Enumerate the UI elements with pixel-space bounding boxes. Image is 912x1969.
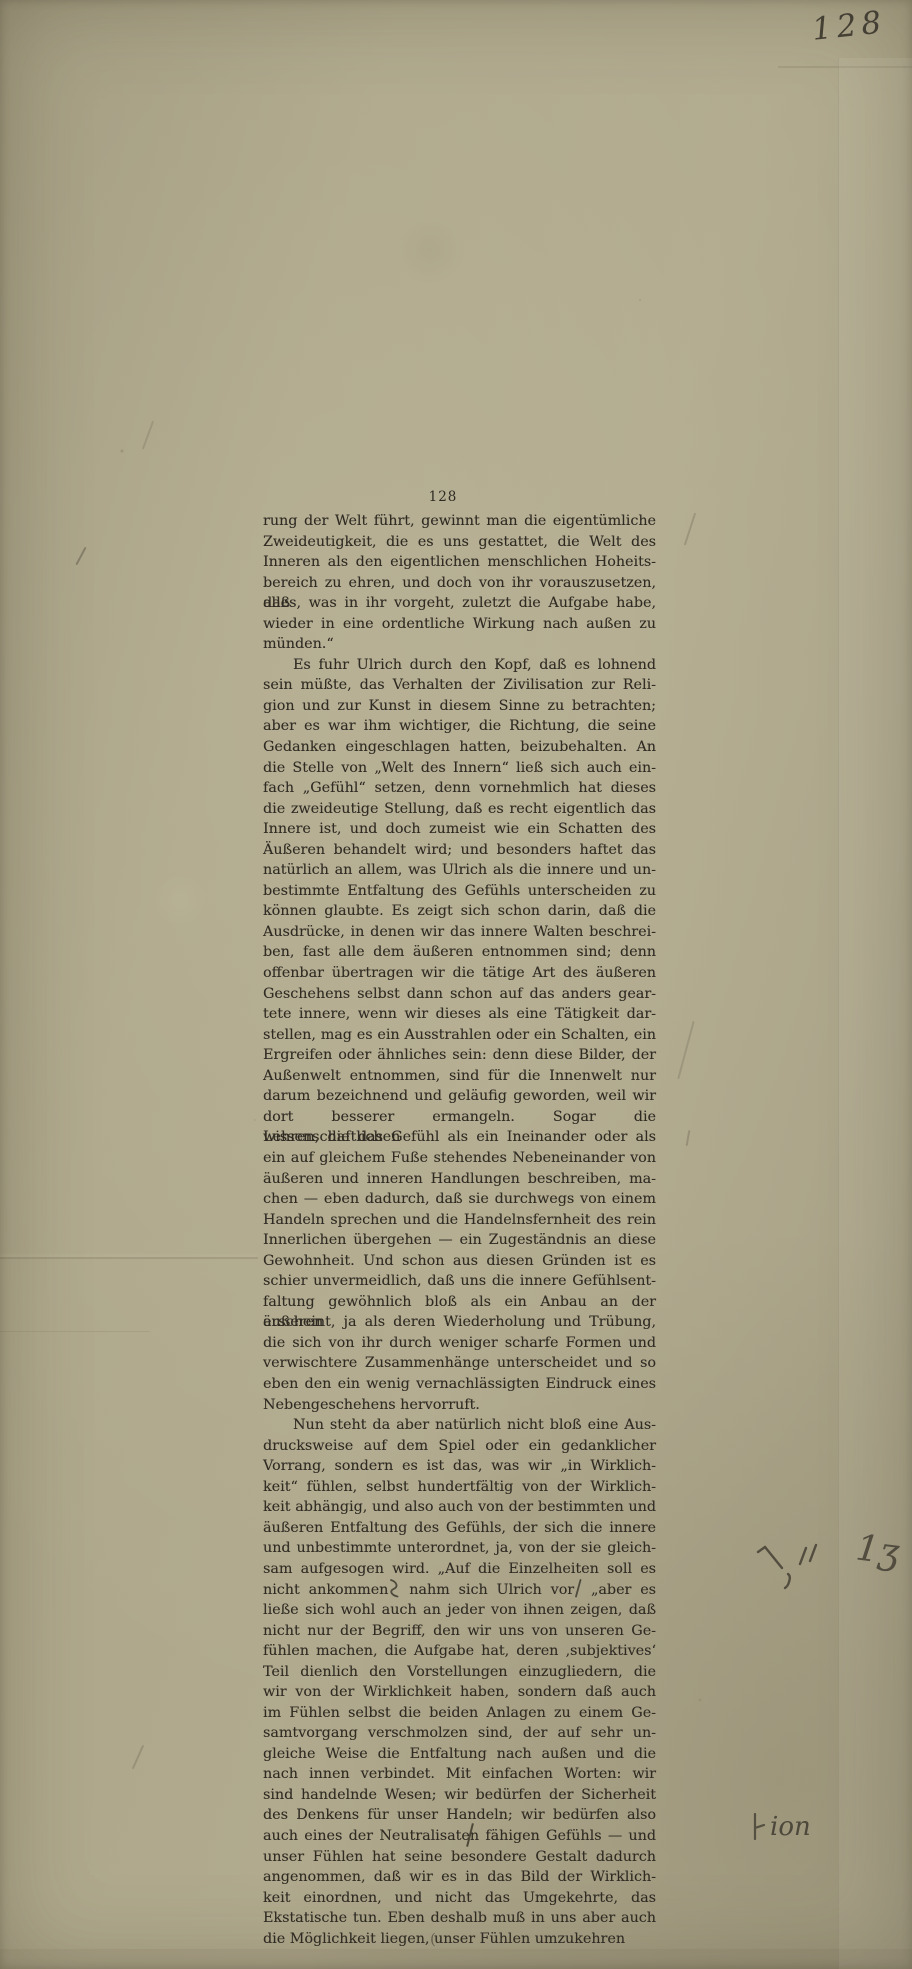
text-line: offenbar übertragen wir die tätige Art d… [263, 963, 656, 984]
pencil-mark [684, 513, 696, 546]
text-line: Inneren als den eigentlichen menschliche… [263, 552, 656, 573]
vertical-fold [838, 58, 912, 1969]
text-line: alles, was in ihr vorgeht, zuletzt die A… [263, 593, 656, 614]
text-line: faltung gewöhnlich bloß als ein Anbau an… [263, 1292, 656, 1313]
text-line: ben, fast alle dem äußeren entnommen sin… [263, 942, 656, 963]
bottom-paren-mark: ( [430, 1930, 436, 1948]
handwritten-squiggle-mark [388, 1582, 400, 1598]
text-line: Äußeren behandelt wird; und besonders ha… [263, 840, 656, 861]
text-line: Innerlichen übergehen — ein Zugeständnis… [263, 1230, 656, 1251]
text-line: des Denkens für unser Handeln; wir bedür… [263, 1805, 656, 1826]
margin-insert-quote-comma-mark [750, 1538, 842, 1620]
text-line: dort besserer ermangeln. Sogar die wisse… [263, 1107, 656, 1128]
text-line: schier unvermeidlich, daß uns die innere… [263, 1271, 656, 1292]
margin-number-mark: 1ʒ [854, 1528, 902, 1574]
text-line: keit einordnen, und nicht das Umgekehrte… [263, 1888, 656, 1909]
text-line: samtvorgang verschmolzen sind, der auf s… [263, 1723, 656, 1744]
overstruck-text: en [461, 1828, 479, 1844]
bottom-edge-shadow [0, 1949, 912, 1969]
text-line: gion und zur Kunst in diesem Sinne zu be… [263, 696, 656, 717]
pencil-mark [75, 547, 86, 566]
pencil-mark [686, 1130, 691, 1146]
text-line: erscheint, ja als deren Wiederholung und… [263, 1312, 656, 1333]
text-line: die zweideutige Stellung, daß es recht e… [263, 799, 656, 820]
text-line: Ergreifen oder ähnliches sein: denn dies… [263, 1045, 656, 1066]
horizontal-crease [0, 1257, 258, 1259]
text-line: darum bezeichnend und geläufig geworden,… [263, 1086, 656, 1107]
text-line: ein auf gleichem Fuße stehendes Nebenein… [263, 1148, 656, 1169]
text-line: gleiche Weise die Entfaltung nach außen … [263, 1744, 656, 1765]
horizontal-crease [778, 66, 912, 68]
text-line: fach „Gefühl“ setzen, denn vornehmlich h… [263, 778, 656, 799]
text-line: Gewohnheit. Und schon aus diesen Gründen… [263, 1251, 656, 1272]
text-line: Nun steht da aber natürlich nicht bloß e… [263, 1415, 656, 1436]
text-line: keit abhängig, und also auch von der bes… [263, 1497, 656, 1518]
text-line: können glaubte. Es zeigt sich schon dari… [263, 901, 656, 922]
text-line: keit“ fühlen, selbst hundertfältig von d… [263, 1477, 656, 1498]
text-block: rung der Welt führt, gewinnt man die eig… [263, 511, 656, 1949]
insertion-text: ion [770, 1812, 811, 1842]
text-line: verwischtere Zusammenhänge unterscheidet… [263, 1353, 656, 1374]
text-line: ließe sich wohl auch an jeder von ihnen … [263, 1600, 656, 1621]
text-line: chen — eben dadurch, daß sie durchwegs v… [263, 1189, 656, 1210]
text-line: äußeren und inneren Handlungen beschreib… [263, 1169, 656, 1190]
text-line: angenommen, daß wir es in das Bild der W… [263, 1867, 656, 1888]
text-line: aber es war ihm wichtiger, die Richtung,… [263, 716, 656, 737]
text-line: wir von der Wirklichkeit haben, sondern … [263, 1682, 656, 1703]
text-line: eben den ein wenig vernachlässigten Eind… [263, 1374, 656, 1395]
text-line: sind handelnde Wesen; wir bedürfen der S… [263, 1785, 656, 1806]
text-line: Es fuhr Ulrich durch den Kopf, daß es lo… [263, 655, 656, 676]
text-line: Gedanken eingeschlagen hatten, beizubeha… [263, 737, 656, 758]
handwritten-page-number: 128 [810, 4, 888, 48]
text-line: Zweideutigkeit, die es uns gestattet, di… [263, 532, 656, 553]
text-line: Lehren, die das Gefühl als ein Ineinande… [263, 1127, 656, 1148]
text-line: im Fühlen selbst die beiden Anlagen zu e… [263, 1703, 656, 1724]
text-line: unser Fühlen hat seine besondere Gestalt… [263, 1847, 656, 1868]
text-line: Geschehens selbst dann schon auf das and… [263, 984, 656, 1005]
text-line: Innere ist, und doch zumeist wie ein Sch… [263, 819, 656, 840]
text-line: bestimmte Entfaltung des Gefühls untersc… [263, 881, 656, 902]
text-line: stellen, mag es ein Ausstrahlen oder ein… [263, 1025, 656, 1046]
text-line: tete innere, wenn wir dieses als eine Tä… [263, 1004, 656, 1025]
text-line: äußeren Entfaltung des Gefühls, der sich… [263, 1518, 656, 1539]
text-line: nicht nur der Begriff, den wir uns von u… [263, 1621, 656, 1642]
text-line: Teil dienlich den Vorstellungen einzugli… [263, 1662, 656, 1683]
text-line: drucksweise auf dem Spiel oder ein gedan… [263, 1436, 656, 1457]
text-line: die sich von ihr durch weniger scharfe F… [263, 1333, 656, 1354]
handwritten-slash-mark [574, 1582, 582, 1598]
insertion-caret-icon [750, 1812, 766, 1849]
text-line: Nebengeschehens hervorruft. [263, 1395, 656, 1416]
text-line: Handeln sprechen und die Handelnsfernhei… [263, 1210, 656, 1231]
text-line: die Möglichkeit liegen, unser Fühlen umz… [263, 1929, 656, 1950]
text-line: wieder in eine ordentliche Wirkung nach … [263, 614, 656, 635]
text-line: Ekstatische tun. Eben deshalb muß in uns… [263, 1908, 656, 1929]
text-line: natürlich an allem, was Ulrich als die i… [263, 860, 656, 881]
pencil-mark [132, 1745, 144, 1770]
text-line: nach innen verbindet. Mit einfachen Wort… [263, 1764, 656, 1785]
text-line: nicht ankommen nahm sich Ulrich vor „abe… [263, 1579, 656, 1600]
text-line: auch eines der Neutralisaten fähigen Gef… [263, 1826, 656, 1847]
text-line: münden.“ [263, 634, 656, 655]
horizontal-crease [0, 1331, 150, 1332]
text-line: rung der Welt führt, gewinnt man die eig… [263, 511, 656, 532]
printed-page-number: 128 [263, 489, 623, 505]
text-line: und unbestimmte unterordnet, ja, von der… [263, 1538, 656, 1559]
text-line: sam aufgesogen wird. „Auf die Einzelheit… [263, 1559, 656, 1580]
text-line: Außenwelt entnommen, sind für die Innenw… [263, 1066, 656, 1087]
pencil-mark [677, 1021, 694, 1079]
text-line: Ausdrücke, in denen wir das innere Walte… [263, 922, 656, 943]
text-line: Vorrang, sondern es ist das, was wir „in… [263, 1456, 656, 1477]
text-line: die Stelle von „Welt des Innern“ ließ si… [263, 758, 656, 779]
pencil-mark [142, 421, 154, 450]
text-line: sein müßte, das Verhalten der Zivilisati… [263, 675, 656, 696]
scanned-book-page: 128 128 rung der Welt führt, gewinnt man… [0, 0, 912, 1969]
margin-insertion-ion-mark: ion [750, 1812, 811, 1849]
text-line: fühlen machen, die Aufgabe hat, deren ‚s… [263, 1641, 656, 1662]
text-line: bereich zu ehren, und doch von ihr vorau… [263, 573, 656, 594]
